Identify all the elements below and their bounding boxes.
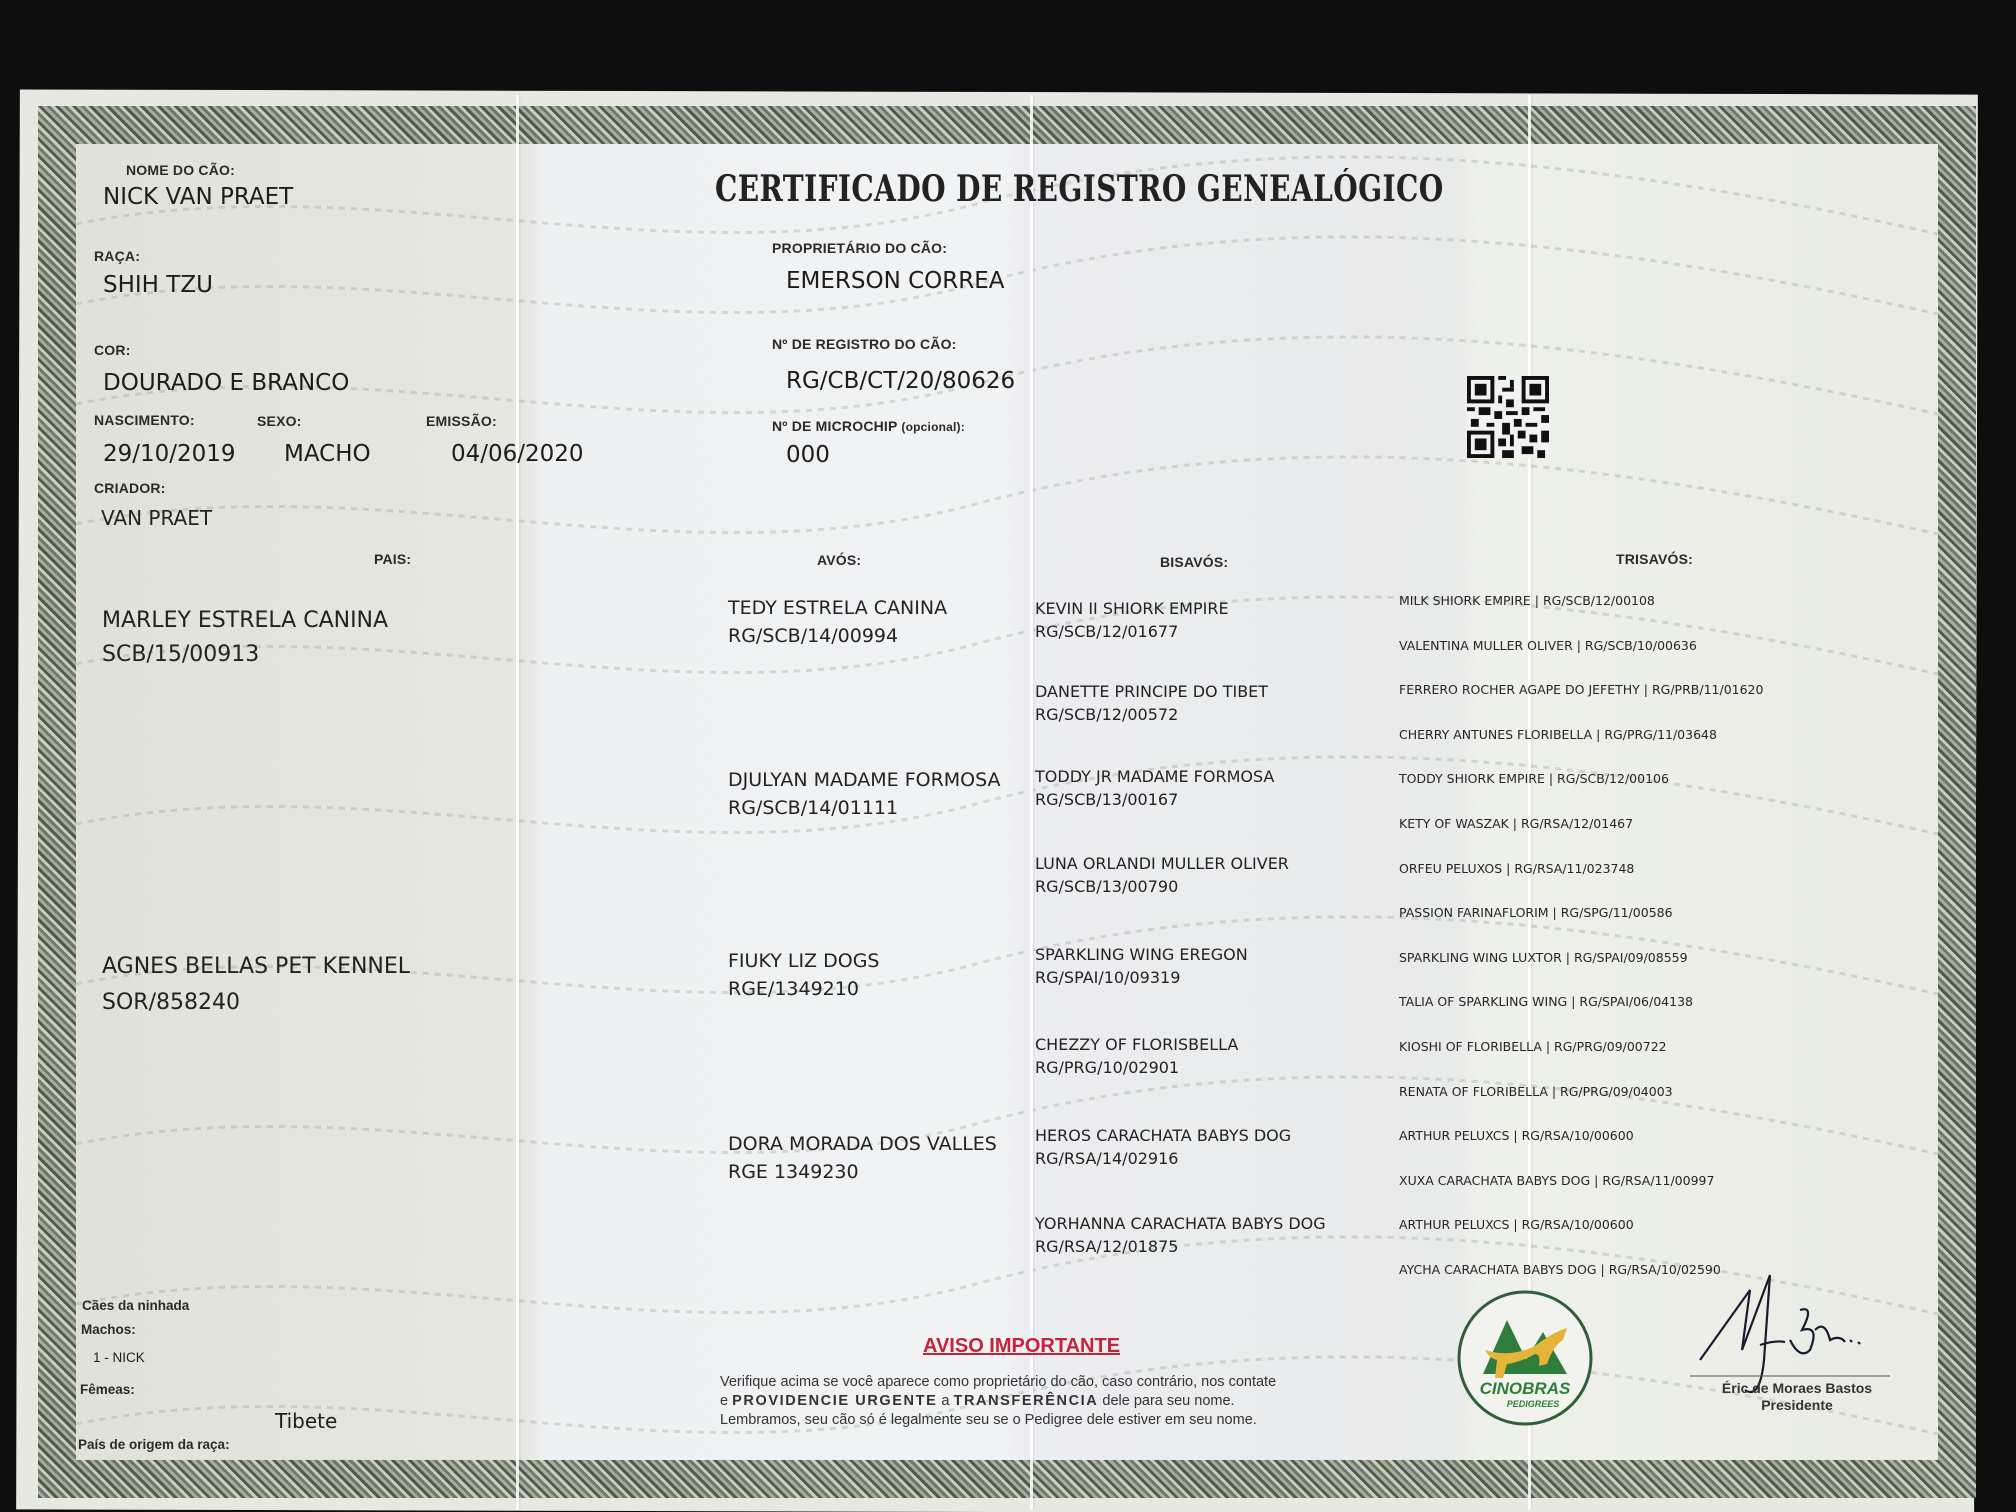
grandparent-entry: FIUKY LIZ DOGSRGE/1349210 bbox=[728, 947, 879, 1003]
parent-dam: AGNES BELLAS PET KENNEL SOR/858240 bbox=[102, 949, 410, 1021]
registry-label: Nº DE REGISTRO DO CÃO: bbox=[772, 336, 957, 352]
signatory-name: Éric de Moraes Bastos bbox=[1712, 1380, 1882, 1396]
grandparent-entry: DORA MORADA DOS VALLESRGE 1349230 bbox=[728, 1130, 997, 1186]
origin-value: Tibete bbox=[275, 1409, 337, 1433]
grandparent-entry: DJULYAN MADAME FORMOSARG/SCB/14/01111 bbox=[728, 766, 1001, 822]
breed-label: RAÇA: bbox=[94, 248, 140, 264]
sex-value: MACHO bbox=[284, 441, 371, 467]
great-grandparent-entry: DANETTE PRINCIPE DO TIBETRG/SCB/12/00572 bbox=[1035, 680, 1268, 726]
parent-sire: MARLEY ESTRELA CANINA SCB/15/00913 bbox=[102, 604, 388, 672]
microchip-value: 000 bbox=[786, 442, 830, 468]
great-great-grandparent-entry: FERRERO ROCHER AGAPE DO JEFETHY | RG/PRB… bbox=[1399, 682, 1763, 697]
great-great-grandparent-entry: SPARKLING WING LUXTOR | RG/SPAI/09/08559 bbox=[1399, 950, 1688, 965]
dog-name: NICK VAN PRAET bbox=[103, 184, 293, 210]
males-label: Machos: bbox=[81, 1322, 136, 1337]
color-label: COR: bbox=[94, 342, 131, 358]
great-grandparent-entry: YORHANNA CARACHATA BABYS DOGRG/RSA/12/01… bbox=[1035, 1212, 1326, 1258]
great-great-grandparent-entry: XUXA CARACHATA BABYS DOG | RG/RSA/11/009… bbox=[1399, 1173, 1714, 1188]
cinobras-logo-icon: CINOBRAS PEDIGREES bbox=[1455, 1288, 1595, 1428]
breeder-label: CRIADOR: bbox=[94, 480, 166, 496]
owner-value: EMERSON CORREA bbox=[786, 268, 1005, 294]
signatory-role: Presidente bbox=[1712, 1397, 1882, 1413]
dog-name-label: NOME DO CÃO: bbox=[126, 162, 235, 178]
great-grandparent-entry: HEROS CARACHATA BABYS DOGRG/RSA/14/02916 bbox=[1035, 1124, 1291, 1170]
sex-label: SEXO: bbox=[257, 413, 302, 429]
great-great-grandparent-entry: TODDY SHIORK EMPIRE | RG/SCB/12/00106 bbox=[1399, 771, 1669, 786]
great-grandparent-entry: CHEZZY OF FLORISBELLARG/PRG/10/02901 bbox=[1035, 1033, 1238, 1079]
great-great-grandparent-entry: KETY OF WASZAK | RG/RSA/12/01467 bbox=[1399, 816, 1633, 831]
great-great-grandparent-entry: ORFEU PELUXOS | RG/RSA/11/023748 bbox=[1399, 861, 1634, 876]
color-value: DOURADO E BRANCO bbox=[103, 370, 349, 396]
great-great-grandparent-entry: RENATA OF FLORIBELLA | RG/PRG/09/04003 bbox=[1399, 1084, 1673, 1099]
grandparents-header: AVÓS: bbox=[817, 552, 861, 568]
great-great-grandparent-entry: MILK SHIORK EMPIRE | RG/SCB/12/00108 bbox=[1399, 593, 1655, 608]
great-grandparents-header: BISAVÓS: bbox=[1160, 554, 1228, 570]
great-great-grandparents-header: TRISAVÓS: bbox=[1616, 551, 1693, 567]
owner-label: PROPRIETÁRIO DO CÃO: bbox=[772, 240, 947, 256]
fold-line bbox=[1030, 95, 1033, 1510]
parents-header: PAIS: bbox=[374, 551, 411, 567]
issue-label: EMISSÃO: bbox=[426, 413, 497, 429]
great-great-grandparent-entry: ARTHUR PELUXCS | RG/RSA/10/00600 bbox=[1399, 1217, 1634, 1232]
great-grandparent-entry: KEVIN II SHIORK EMPIRERG/SCB/12/01677 bbox=[1035, 597, 1229, 643]
great-grandparent-entry: SPARKLING WING EREGONRG/SPAI/10/09319 bbox=[1035, 943, 1248, 989]
certificate-border bbox=[38, 106, 1976, 1498]
breed-value: SHIH TZU bbox=[103, 272, 213, 298]
notice-title: AVISO IMPORTANTE bbox=[923, 1335, 1120, 1358]
females-label: Fêmeas: bbox=[80, 1382, 135, 1397]
great-grandparent-entry: TODDY JR MADAME FORMOSARG/SCB/13/00167 bbox=[1035, 765, 1274, 811]
microchip-label: Nº DE MICROCHIP (opcional): bbox=[772, 418, 965, 434]
litter-title: Cães da ninhada bbox=[82, 1298, 189, 1313]
birth-label: NASCIMENTO: bbox=[94, 412, 195, 428]
origin-label: País de origem da raça: bbox=[78, 1437, 230, 1452]
certificate-title: CERTIFICADO DE REGISTRO GENEALÓGICO bbox=[715, 168, 1444, 210]
svg-text:CINOBRAS: CINOBRAS bbox=[1480, 1379, 1571, 1398]
notice-text: Verifique acima se você aparece como pro… bbox=[720, 1373, 1330, 1430]
svg-text:PEDIGREES: PEDIGREES bbox=[1507, 1399, 1560, 1409]
males-value: 1 - NICK bbox=[93, 1350, 145, 1365]
registry-value: RG/CB/CT/20/80626 bbox=[786, 368, 1015, 394]
great-great-grandparent-entry: KIOSHI OF FLORIBELLA | RG/PRG/09/00722 bbox=[1399, 1039, 1667, 1054]
breeder-value: VAN PRAET bbox=[101, 507, 212, 530]
issue-value: 04/06/2020 bbox=[451, 441, 584, 467]
great-grandparent-entry: LUNA ORLANDI MULLER OLIVERRG/SCB/13/0079… bbox=[1035, 852, 1289, 898]
qr-code-icon[interactable] bbox=[1467, 374, 1549, 460]
great-great-grandparent-entry: VALENTINA MULLER OLIVER | RG/SCB/10/0063… bbox=[1399, 638, 1697, 653]
great-great-grandparent-entry: ARTHUR PELUXCS | RG/RSA/10/00600 bbox=[1399, 1128, 1634, 1143]
great-great-grandparent-entry: PASSION FARINAFLORIM | RG/SPG/11/00586 bbox=[1399, 905, 1673, 920]
grandparent-entry: TEDY ESTRELA CANINARG/SCB/14/00994 bbox=[728, 594, 947, 650]
great-great-grandparent-entry: CHERRY ANTUNES FLORIBELLA | RG/PRG/11/03… bbox=[1399, 727, 1717, 742]
great-great-grandparent-entry: AYCHA CARACHATA BABYS DOG | RG/RSA/10/02… bbox=[1399, 1262, 1721, 1277]
great-great-grandparent-entry: TALIA OF SPARKLING WING | RG/SPAI/06/041… bbox=[1399, 994, 1693, 1009]
birth-value: 29/10/2019 bbox=[103, 441, 236, 467]
fold-line bbox=[516, 95, 519, 1510]
